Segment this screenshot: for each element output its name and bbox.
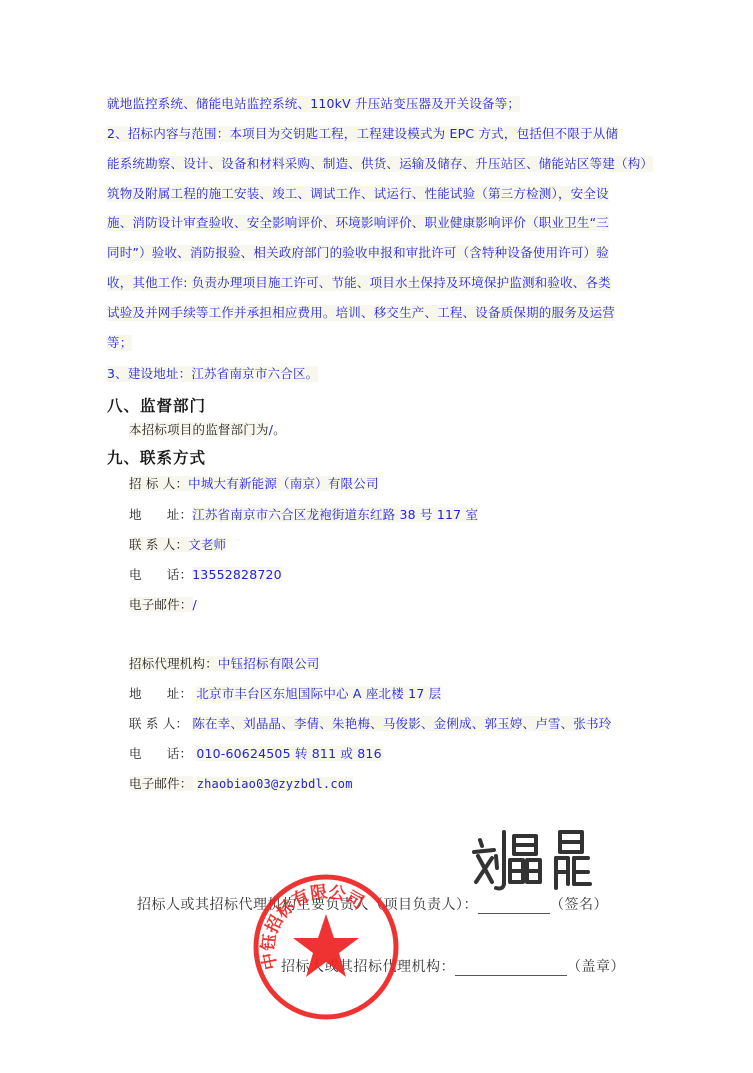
supervision-text: 本招标项目的监督部门为/。: [129, 422, 286, 438]
tenderer-contact-value: 文老师: [188, 537, 226, 552]
agency-address-row: 地 址： 北京市丰台区东旭国际中心 A 座北楼 17 层: [129, 686, 441, 702]
paragraph-line: 能系统勘察、设计、设备和材料采购、制造、供货、运输及储存、升压站区、储能站区等建…: [107, 156, 653, 172]
paragraph-line: 施、消防设计审查验收、安全影响评价、环境影响评价、职业健康影响评价（职业卫生“三: [107, 215, 609, 231]
tenderer-email-row: 电子邮件：/: [129, 597, 197, 613]
agency-email-link[interactable]: zhaobiao03@zyzbdl.com: [197, 777, 353, 791]
agency-address-value: 北京市丰台区东旭国际中心 A 座北楼 17 层: [196, 686, 441, 701]
tenderer-email-value: /: [193, 597, 197, 612]
handwritten-signature-icon: [470, 826, 600, 892]
agency-name-value: 中钰招标有限公司: [218, 656, 320, 671]
agency-contact-row: 联 系 人： 陈在幸、刘晶晶、李倩、朱艳梅、马俊影、金俐成、郭玉婷、卢雪、张书玲: [129, 716, 611, 732]
tenderer-phone-row: 电 话：13552828720: [129, 567, 282, 583]
paragraph-line: 2、招标内容与范围：本项目为交钥匙工程，工程建设模式为 EPC 方式，包括但不限…: [107, 126, 618, 142]
tenderer-contact-row: 联 系 人：文老师: [129, 537, 226, 553]
agency-name-row: 招标代理机构：中钰招标有限公司: [129, 656, 320, 672]
tenderer-email-label: 电子邮件：: [129, 597, 193, 612]
paragraph-line: 筑物及附属工程的施工安装、竣工、调试工作、试运行、性能试验（第三方检测），安全设: [107, 186, 609, 202]
company-seal-icon: 中钰招标有限公司: [251, 872, 401, 1022]
agency-email-row: 电子邮件： zhaobiao03@zyzbdl.com: [129, 776, 353, 792]
tenderer-phone-label: 电 话：: [129, 567, 192, 582]
tenderer-address-row: 地 址：江苏省南京市六合区龙袍街道东红路 38 号 117 室: [129, 507, 478, 523]
section-heading-contact: 九、联系方式: [107, 446, 206, 468]
supervision-suffix: 。: [273, 422, 286, 437]
principal-signature-blank: [478, 899, 550, 914]
agency-contact-value: 陈在幸、刘晶晶、李倩、朱艳梅、马俊影、金俐成、郭玉婷、卢雪、张书玲: [192, 716, 611, 731]
tenderer-address-value: 江苏省南京市六合区龙袍街道东红路 38 号 117 室: [192, 507, 478, 522]
section-heading-supervision: 八、监督部门: [107, 394, 206, 416]
agency-address-label: 地 址：: [129, 686, 192, 701]
paragraph-line: 收，其他工作: 负责办理项目施工许可、节能、项目水土保持及环境保护监测和验收、各…: [107, 275, 611, 291]
agency-contact-label: 联 系 人：: [129, 716, 188, 731]
agency-email-label: 电子邮件：: [129, 776, 193, 791]
paragraph-line: 3、建设地址：江苏省南京市六合区。: [107, 366, 318, 382]
paragraph-line: 试验及并网手续等工作并承担相应费用。培训、移交生产、工程、设备质保期的服务及运营: [107, 305, 615, 321]
tenderer-name-label: 招 标 人：: [129, 476, 188, 491]
supervision-prefix: 本招标项目的监督部门为: [129, 422, 269, 437]
tenderer-address-label: 地 址：: [129, 507, 192, 522]
tenderer-name-row: 招 标 人：中城大有新能源（南京）有限公司: [129, 476, 379, 492]
org-seal-blank: [455, 961, 567, 976]
org-seal-suffix: （盖章）: [567, 959, 625, 975]
paragraph-line: 就地监控系统、储能电站监控系统、110kV 升压站变压器及开关设备等；: [107, 96, 520, 112]
paragraph-line: 同时”）验收、消防报验、相关政府部门的验收申报和审批许可（含特种设备使用许可）验: [107, 245, 609, 261]
agency-phone-value: 010-60624505 转 811 或 816: [196, 746, 381, 761]
agency-phone-row: 电 话： 010-60624505 转 811 或 816: [129, 746, 382, 762]
paragraph-line: 等；: [107, 335, 132, 351]
agency-name-label: 招标代理机构：: [129, 656, 218, 671]
tenderer-phone-value: 13552828720: [192, 567, 282, 582]
tenderer-contact-label: 联 系 人：: [129, 537, 188, 552]
agency-phone-label: 电 话：: [129, 746, 192, 761]
principal-signature-suffix: （签名）: [550, 897, 608, 913]
tenderer-name-value: 中城大有新能源（南京）有限公司: [188, 476, 379, 491]
